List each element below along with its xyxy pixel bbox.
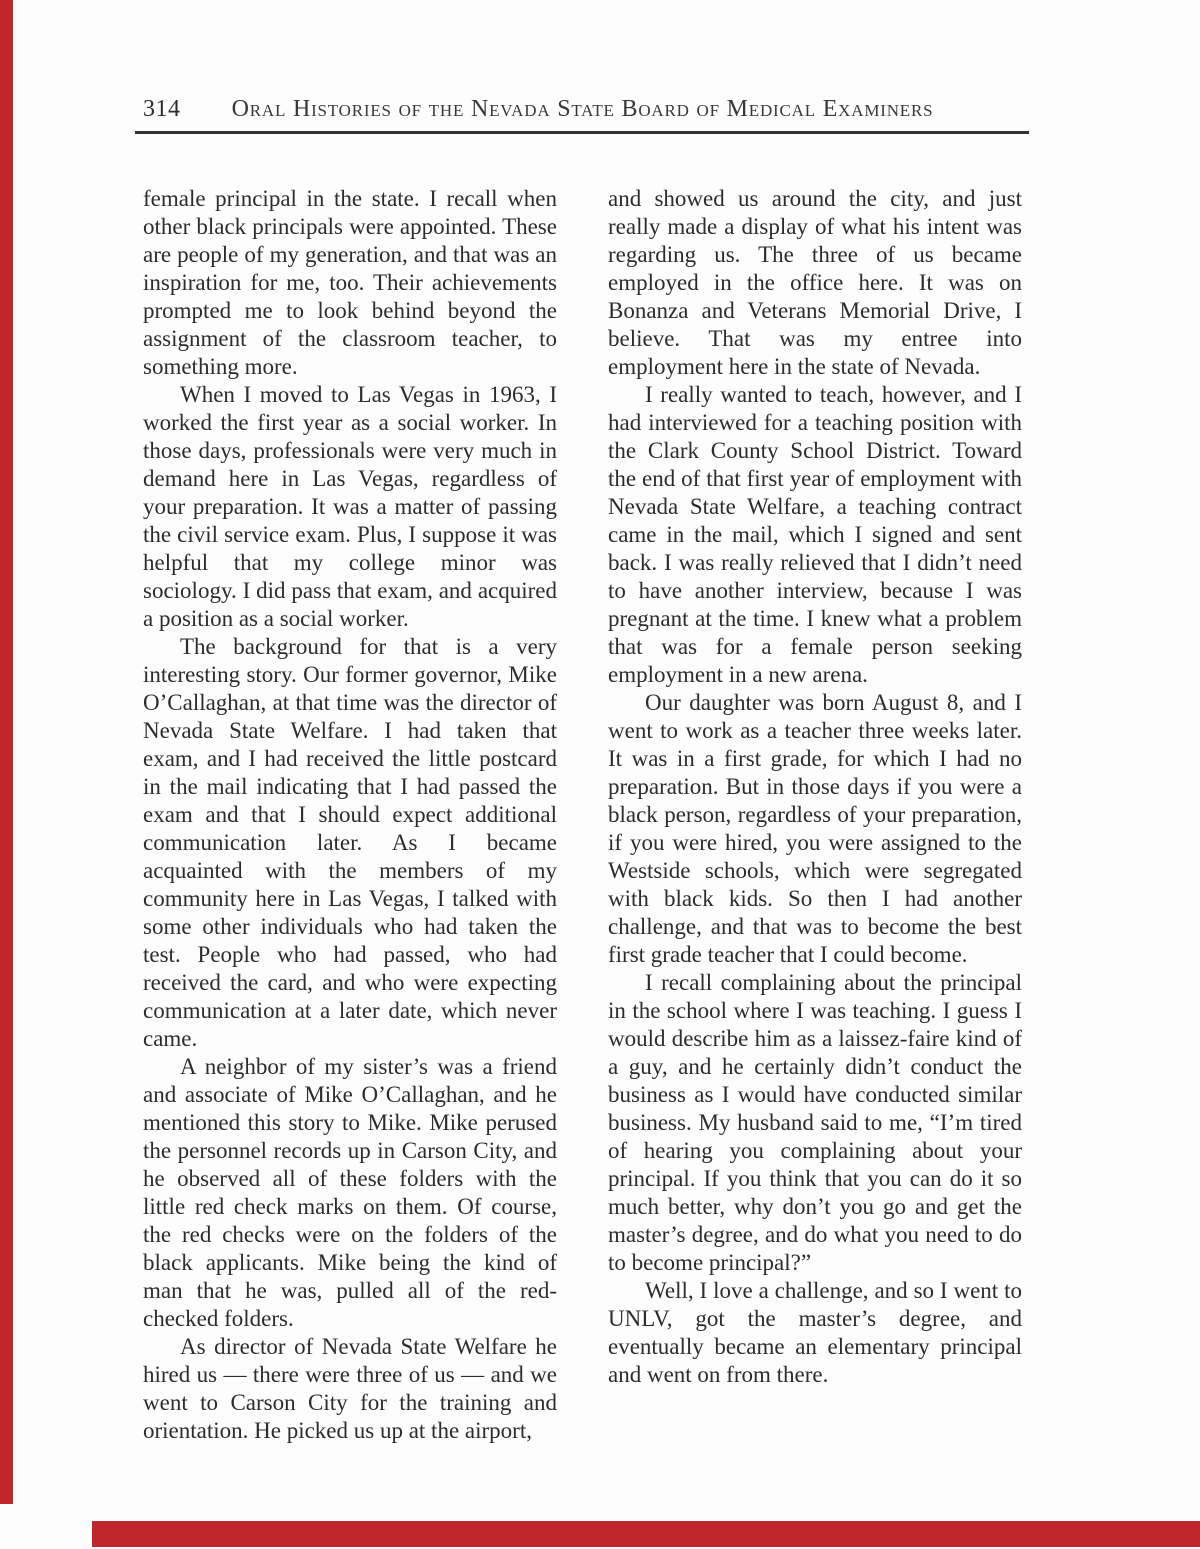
paragraph: I really wanted to teach, however, and I… xyxy=(608,381,1022,689)
paragraph: The background for that is a very intere… xyxy=(143,633,557,1053)
right-column: and showed us around the city, and just … xyxy=(608,185,1022,1445)
page-number: 314 xyxy=(143,96,181,123)
paragraph: Our daughter was born August 8, and I we… xyxy=(608,689,1022,969)
paragraph: I recall complaining about the principal… xyxy=(608,969,1022,1277)
paragraph: female principal in the state. I recall … xyxy=(143,185,557,381)
paragraph: Well, I love a challenge, and so I went … xyxy=(608,1277,1022,1389)
paragraph: As director of Nevada State Welfare he h… xyxy=(143,1333,557,1445)
bottom-red-border xyxy=(92,1521,1200,1547)
paragraph: and showed us around the city, and just … xyxy=(608,185,1022,381)
paragraph: A neighbor of my sister’s was a friend a… xyxy=(143,1053,557,1333)
book-page: { "page": { "number": "314", "running_ti… xyxy=(0,0,1200,1549)
left-red-border xyxy=(0,0,13,1504)
header-rule xyxy=(135,131,1029,134)
paragraph: When I moved to Las Vegas in 1963, I wor… xyxy=(143,381,557,633)
text-columns: female principal in the state. I recall … xyxy=(143,185,1022,1445)
left-column: female principal in the state. I recall … xyxy=(143,185,557,1445)
running-header: 314 Oral Histories of the Nevada State B… xyxy=(143,96,1022,124)
running-header-title: Oral Histories of the Nevada State Board… xyxy=(143,96,1022,123)
